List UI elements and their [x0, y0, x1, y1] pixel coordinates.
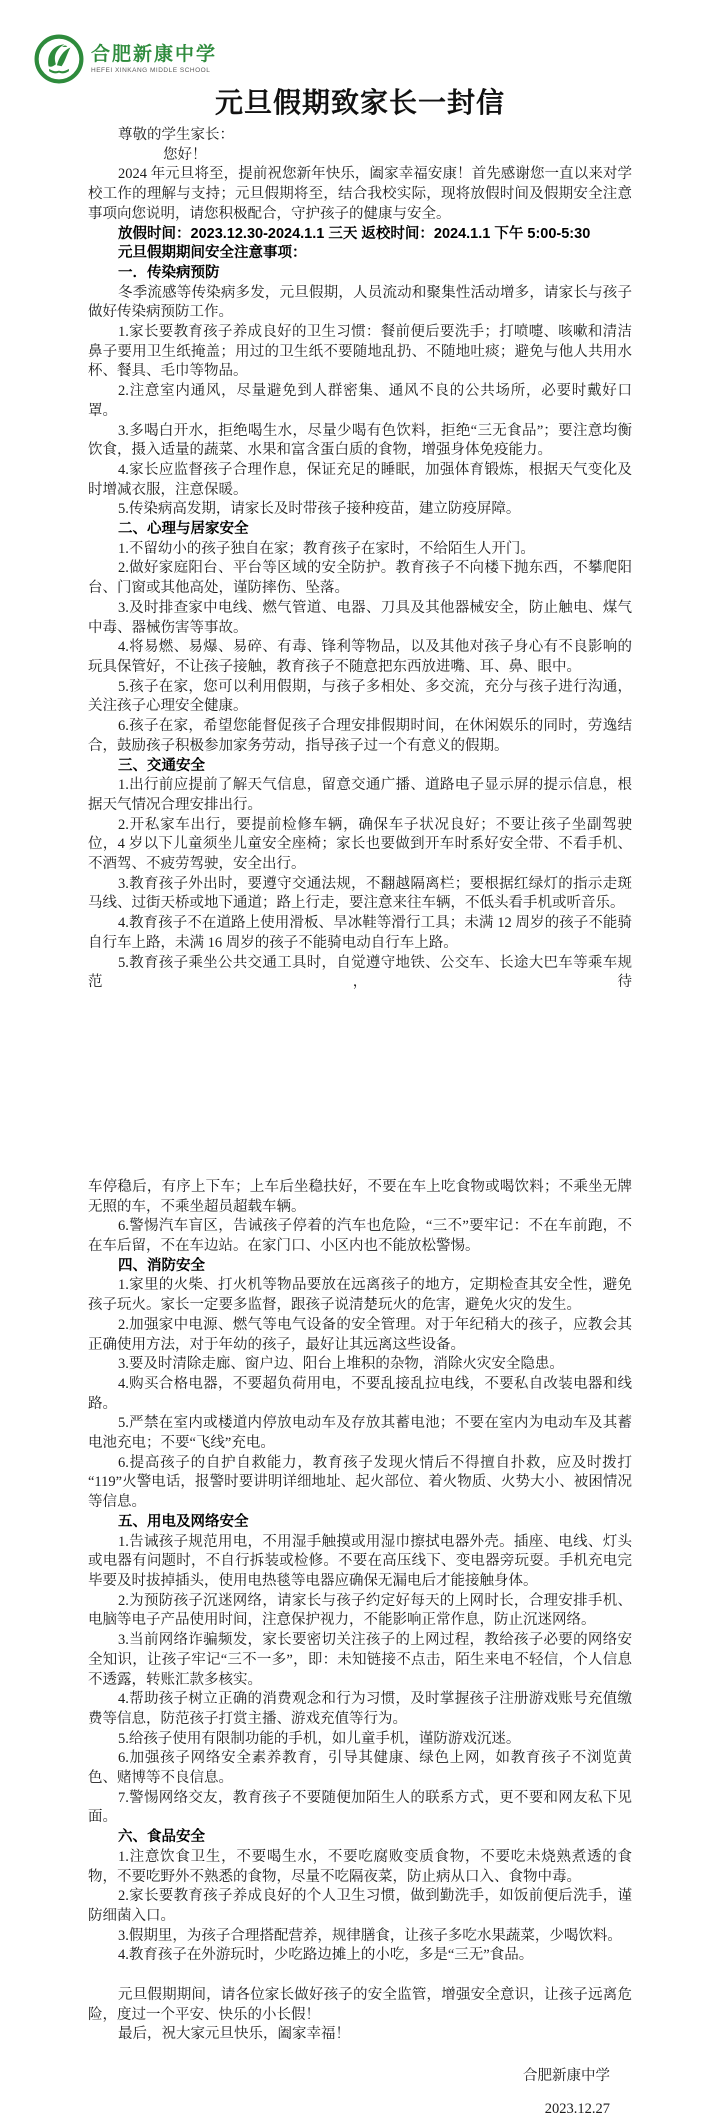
section-food-safety: 六、食品安全 1.注意饮食卫生，不要喝生水，不要吃腐败变质食物，不要吃未烧熟煮透… [88, 1828, 632, 1966]
section-infection-prevention: 一．传染病预防 冬季流感等传染病多发，元旦假期，人员流动和聚集性活动增多，请家长… [88, 264, 632, 520]
school-logo-icon [34, 34, 84, 84]
list-item: 3.多喝白开水，拒绝喝生水，尽量少喝有色饮料，拒绝“三无食品”；要注意均衡饮食，… [88, 422, 632, 461]
list-item: 4.教育孩子在外游玩时，少吃路边摊上的小吃，多是“三无”食品。 [88, 1946, 632, 1966]
signature-block: 合肥新康中学 2023.12.27 [88, 2067, 632, 2119]
schedule-line: 放假时间：2023.12.30-2024.1.1 三天 返校时间：2024.1.… [88, 225, 632, 245]
section-home-safety: 二、心理与居家安全 1.不留幼小的孩子独自在家；教育孩子在家时，不给陌生人开门。… [88, 520, 632, 756]
section-heading: 五、用电及网络安全 [88, 1513, 632, 1533]
section-heading: 一．传染病预防 [88, 264, 632, 284]
list-item: 5.给孩子使用有限制功能的手机，如儿童手机，谨防游戏沉迷。 [88, 1730, 632, 1750]
list-item: 3.要及时清除走廊、窗户边、阳台上堆积的杂物，消除火灾安全隐患。 [88, 1355, 632, 1375]
list-item: 2.注意室内通风，尽量避免到人群密集、通风不良的公共场所，必要时戴好口罩。 [88, 382, 632, 421]
farewell-line: 最后，祝大家元旦快乐，阖家幸福！ [88, 2025, 632, 2045]
list-item: 2.加强家中电源、燃气等电气设备的安全管理。对于年纪稍大的孩子，应教会其正确使用… [88, 1316, 632, 1355]
letter-title: 元旦假期致家长一封信 [0, 88, 720, 120]
list-item: 7.警惕网络交友，教育孩子不要随便加陌生人的联系方式，更不要和网友私下见面。 [88, 1789, 632, 1828]
paragraph: 冬季流感等传染病多发，元旦假期，人员流动和聚集性活动增多，请家长与孩子做好传染病… [88, 284, 632, 323]
section-heading: 三、交通安全 [88, 757, 632, 777]
list-item: 1.家长要教育孩子养成良好的卫生习惯：餐前便后要洗手；打喷嚏、咳嗽和清洁鼻子要用… [88, 323, 632, 382]
school-header: 合肥新康中学 HEFEI XINKANG MIDDLE SCHOOL [0, 0, 720, 88]
school-name-cn: 合肥新康中学 [91, 44, 217, 66]
section-heading: 六、食品安全 [88, 1828, 632, 1848]
notice-heading: 元旦假期期间安全注意事项： [88, 244, 632, 264]
section-heading: 二、心理与居家安全 [88, 520, 632, 540]
list-item: 2.做好家庭阳台、平台等区域的安全防护。教育孩子不向楼下抛东西，不攀爬阳台、门窗… [88, 559, 632, 598]
list-item: 4.教育孩子不在道路上使用滑板、旱冰鞋等滑行工具；未满 12 周岁的孩子不能骑自… [88, 914, 632, 953]
list-item: 1.告诫孩子规范用电，不用湿手触摸或用湿巾擦拭电器外壳。插座、电线、灯头或电器有… [88, 1533, 632, 1592]
greeting: 您好！ [88, 146, 632, 166]
section-heading: 四、消防安全 [88, 1257, 632, 1277]
section-fire-safety: 四、消防安全 1.家里的火柴、打火机等物品要放在远离孩子的地方，定期检查其安全性… [88, 1257, 632, 1513]
signature-date: 2023.12.27 [88, 2100, 610, 2120]
list-item: 1.不留幼小的孩子独自在家；教育孩子在家时，不给陌生人开门。 [88, 540, 632, 560]
closing-paragraph: 元旦假期期间，请各位家长做好孩子的安全监管，增强安全意识，让孩子远离危险，度过一… [88, 1986, 632, 2025]
letter-body: 尊敬的学生家长： 您好！ 2024 年元旦将至，提前祝您新年快乐，阖家幸福安康！… [0, 126, 720, 2120]
list-item: 6.提高孩子的自护自救能力，教育孩子发现火情后不得擅自扑救，应及时拨打“119”… [88, 1454, 632, 1513]
list-item: 5.传染病高发期，请家长及时带孩子接种疫苗，建立防疫屏障。 [88, 500, 632, 520]
page-break-gap [88, 993, 632, 1178]
list-item: 2.家长要教育孩子养成良好的个人卫生习惯，做到勤洗手，如饭前便后洗手，谨防细菌入… [88, 1887, 632, 1926]
list-item-continuation: 车停稳后，有序上下车；上车后坐稳扶好，不要在车上吃食物或喝饮料；不乘坐无牌无照的… [88, 1178, 632, 1217]
intro-paragraph: 2024 年元旦将至，提前祝您新年快乐，阖家幸福安康！首先感谢您一直以来对学校工… [88, 165, 632, 224]
signature-school-name: 合肥新康中学 [88, 2067, 610, 2087]
list-item: 1.注意饮食卫生，不要喝生水，不要吃腐败变质食物，不要吃未烧熟煮透的食物，不要吃… [88, 1848, 632, 1887]
list-item: 4.帮助孩子树立正确的消费观念和行为习惯，及时掌握孩子注册游戏账号充值缴费等信息… [88, 1690, 632, 1729]
school-name-en: HEFEI XINKANG MIDDLE SCHOOL [91, 67, 217, 74]
letter-document: 合肥新康中学 HEFEI XINKANG MIDDLE SCHOOL 元旦假期致… [0, 0, 720, 2120]
list-item: 3.当前网络诈骗频发，家长要密切关注孩子的上网过程，教给孩子必要的网络安全知识，… [88, 1631, 632, 1690]
list-item: 2.为预防孩子沉迷网络，请家长与孩子约定好每天的上网时长，合理安排手机、电脑等电… [88, 1592, 632, 1631]
list-item: 1.家里的火柴、打火机等物品要放在远离孩子的地方，定期检查其安全性，避免孩子玩火… [88, 1276, 632, 1315]
list-item: 4.将易燃、易爆、易碎、有毒、锋利等物品，以及其他对孩子身心有不良影响的玩具保管… [88, 638, 632, 677]
list-item: 6.孩子在家，希望您能督促孩子合理安排假期时间，在休闲娱乐的同时，劳逸结合，鼓励… [88, 717, 632, 756]
list-item: 5.严禁在室内或楼道内停放电动车及存放其蓄电池；不要在室内为电动车及其蓄电池充电… [88, 1414, 632, 1453]
list-item: 4.家长应监督孩子合理作息，保证充足的睡眠，加强体育锻炼，根据天气变化及时增减衣… [88, 461, 632, 500]
list-item: 6.加强孩子网络安全素养教育，引导其健康、绿色上网，如教育孩子不浏览黄色、赌博等… [88, 1749, 632, 1788]
list-item: 3.教育孩子外出时，要遵守交通法规，不翻越隔离栏；要根据红绿灯的指示走斑马线、过… [88, 875, 632, 914]
section-traffic-safety: 三、交通安全 1.出行前应提前了解天气信息，留意交通广播、道路电子显示屏的提示信… [88, 757, 632, 1257]
list-item: 5.孩子在家，您可以利用假期，与孩子多相处、多交流，充分与孩子进行沟通，关注孩子… [88, 678, 632, 717]
list-item: 2.开私家车出行，要提前检修车辆，确保车子状况良好；不要让孩子坐副驾驶位，4 岁… [88, 816, 632, 875]
salutation: 尊敬的学生家长： [88, 126, 632, 146]
list-item: 3.假期里，为孩子合理搭配营养，规律膳食，让孩子多吃水果蔬菜，少喝饮料。 [88, 1927, 632, 1947]
list-item: 4.购买合格电器，不要超负荷用电，不要乱接乱拉电线，不要私自改装电器和线路。 [88, 1375, 632, 1414]
list-item: 6.警惕汽车盲区，告诫孩子停着的汽车也危险，“三不”要牢记：不在车前跑，不在车后… [88, 1217, 632, 1256]
list-item: 1.出行前应提前了解天气信息，留意交通广播、道路电子显示屏的提示信息，根据天气情… [88, 776, 632, 815]
list-item: 3.及时排查家中电线、燃气管道、电器、刀具及其他器械安全，防止触电、煤气中毒、器… [88, 599, 632, 638]
section-electric-network-safety: 五、用电及网络安全 1.告诫孩子规范用电，不用湿手触摸或用湿巾擦拭电器外壳。插座… [88, 1513, 632, 1828]
list-item: 5.教育孩子乘坐公共交通工具时，自觉遵守地铁、公交车、长途大巴车等乘车规范，待 [88, 954, 632, 993]
